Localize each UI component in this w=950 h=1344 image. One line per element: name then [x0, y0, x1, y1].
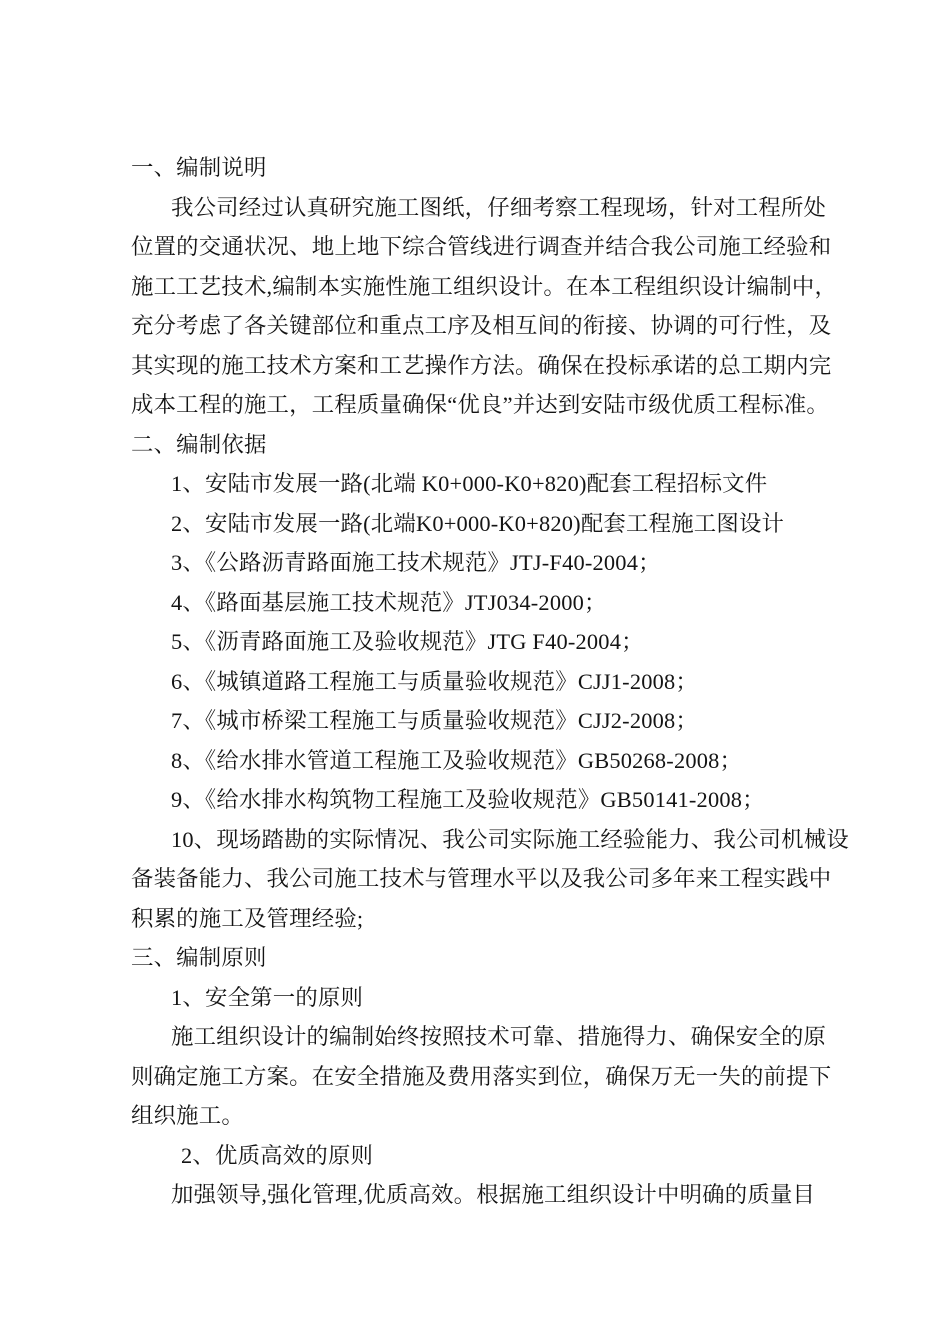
list-item-3: 3、《公路沥青路面施工技术规范》JTJ-F40-2004；	[131, 543, 841, 583]
paragraph-line: 组织施工。	[131, 1096, 841, 1136]
paragraph-line: 施工组织设计的编制始终按照技术可靠、措施得力、确保安全的原	[131, 1017, 841, 1057]
heading-section-1: 一、编制说明	[131, 148, 841, 188]
paragraph-line: 我公司经过认真研究施工图纸，仔细考察工程现场，针对工程所处	[131, 188, 841, 228]
subitem-quality-principle: 2、优质高效的原则	[131, 1136, 841, 1176]
list-item-8: 8、《给水排水管道工程施工及验收规范》GB50268-2008；	[131, 741, 841, 781]
list-item-7: 7、《城市桥梁工程施工与质量验收规范》CJJ2-2008；	[131, 701, 841, 741]
heading-section-3: 三、编制原则	[131, 938, 841, 978]
list-item-10: 10、现场踏勘的实际情况、我公司实际施工经验能力、我公司机械设	[131, 820, 841, 860]
list-item-9: 9、《给水排水构筑物工程施工及验收规范》GB50141-2008；	[131, 780, 841, 820]
paragraph-line: 备装备能力、我公司施工技术与管理水平以及我公司多年来工程实践中	[131, 859, 841, 899]
paragraph-line: 成本工程的施工，工程质量确保“优良”并达到安陆市级优质工程标准。	[131, 385, 841, 425]
document-page: 一、编制说明 我公司经过认真研究施工图纸，仔细考察工程现场，针对工程所处 位置的…	[0, 0, 950, 1344]
paragraph-line: 施工工艺技术,编制本实施性施工组织设计。在本工程组织设计编制中，	[131, 267, 841, 307]
list-item-6: 6、《城镇道路工程施工与质量验收规范》CJJ1-2008；	[131, 662, 841, 702]
list-item-5: 5、《沥青路面施工及验收规范》JTG F40-2004；	[131, 622, 841, 662]
list-item-4: 4、《路面基层施工技术规范》JTJ034-2000；	[131, 583, 841, 623]
paragraph-line: 积累的施工及管理经验;	[131, 899, 841, 939]
list-item-1: 1、安陆市发展一路(北端 K0+000-K0+820)配套工程招标文件	[131, 464, 841, 504]
paragraph-line: 充分考虑了各关键部位和重点工序及相互间的衔接、协调的可行性，及	[131, 306, 841, 346]
list-item-2: 2、安陆市发展一路(北端K0+000-K0+820)配套工程施工图设计	[131, 504, 841, 544]
paragraph-line: 加强领导,强化管理,优质高效。根据施工组织设计中明确的质量目	[131, 1175, 841, 1215]
paragraph-line: 位置的交通状况、地上地下综合管线进行调查并结合我公司施工经验和	[131, 227, 841, 267]
subitem-safety-principle: 1、安全第一的原则	[131, 978, 841, 1018]
document-text-block: 一、编制说明 我公司经过认真研究施工图纸，仔细考察工程现场，针对工程所处 位置的…	[131, 148, 841, 1215]
paragraph-line: 其实现的施工技术方案和工艺操作方法。确保在投标承诺的总工期内完	[131, 346, 841, 386]
heading-section-2: 二、编制依据	[131, 425, 841, 465]
paragraph-line: 则确定施工方案。在安全措施及费用落实到位，确保万无一失的前提下	[131, 1057, 841, 1097]
